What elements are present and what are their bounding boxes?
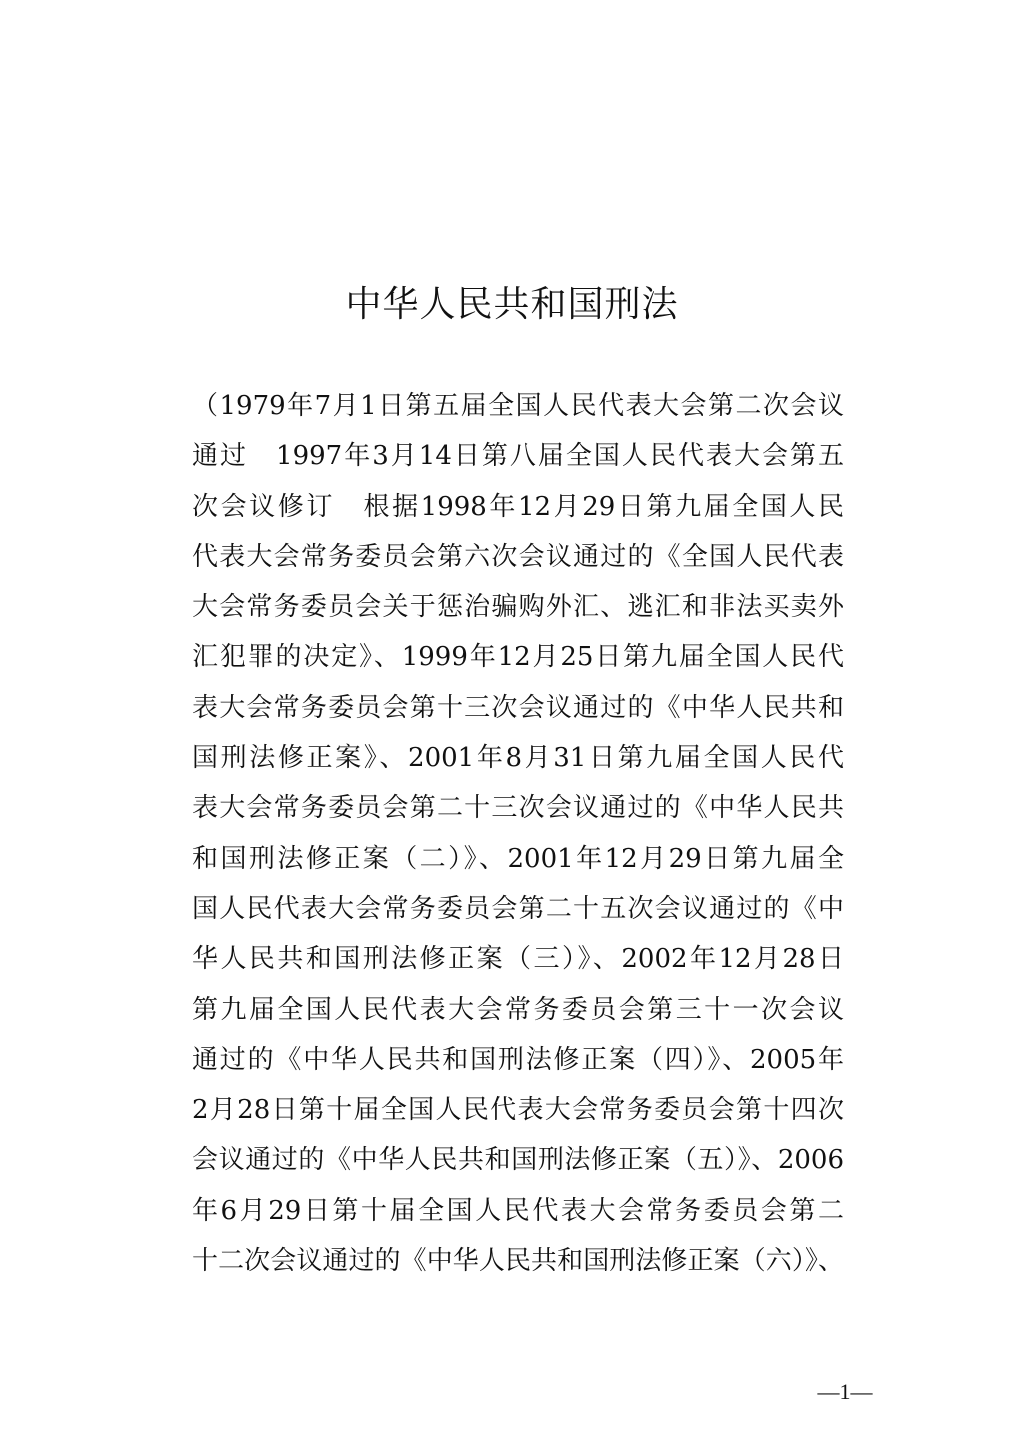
- text-line: 华人民共和国刑法修正案（三）》、2002年12月28日: [192, 934, 844, 984]
- page-number: —1—: [810, 1378, 880, 1406]
- preamble-paragraph: （1979年7月1日第五届全国人民代表大会第二次会议 通过 1997年3月14日…: [192, 381, 844, 1286]
- text-line: 通过的《中华人民共和国刑法修正案（四）》、2005年: [192, 1035, 844, 1085]
- text-line: 表大会常务委员会第十三次会议通过的《中华人民共和: [192, 683, 844, 733]
- text-line: 2月28日第十届全国人民代表大会常务委员会第十四次: [192, 1085, 844, 1135]
- text-line: 年6月29日第十届全国人民代表大会常务委员会第二: [192, 1186, 844, 1236]
- text-line: 通过 1997年3月14日第八届全国人民代表大会第五: [192, 431, 844, 481]
- text-line: 十二次会议通过的《中华人民共和国刑法修正案（六）》、: [192, 1236, 844, 1286]
- text-line: 次会议修订 根据1998年12月29日第九届全国人民: [192, 482, 844, 532]
- text-line: 代表大会常务委员会第六次会议通过的《全国人民代表: [192, 532, 844, 582]
- text-line: 会议通过的《中华人民共和国刑法修正案（五）》、2006: [192, 1135, 844, 1185]
- text-line: 大会常务委员会关于惩治骗购外汇、逃汇和非法买卖外: [192, 582, 844, 632]
- text-line: 汇犯罪的决定》、1999年12月25日第九届全国人民代: [192, 632, 844, 682]
- text-line: 表大会常务委员会第二十三次会议通过的《中华人民共: [192, 783, 844, 833]
- text-line: 和国刑法修正案（二）》、2001年12月29日第九届全: [192, 834, 844, 884]
- text-line: 国人民代表大会常务委员会第二十五次会议通过的《中: [192, 884, 844, 934]
- document-page: 中华人民共和国刑法 （1979年7月1日第五届全国人民代表大会第二次会议 通过 …: [0, 0, 1024, 1448]
- text-line: 国刑法修正案》、2001年8月31日第九届全国人民代: [192, 733, 844, 783]
- text-line: 第九届全国人民代表大会常务委员会第三十一次会议: [192, 985, 844, 1035]
- document-title: 中华人民共和国刑法: [0, 280, 1024, 330]
- text-line: （1979年7月1日第五届全国人民代表大会第二次会议: [192, 381, 844, 431]
